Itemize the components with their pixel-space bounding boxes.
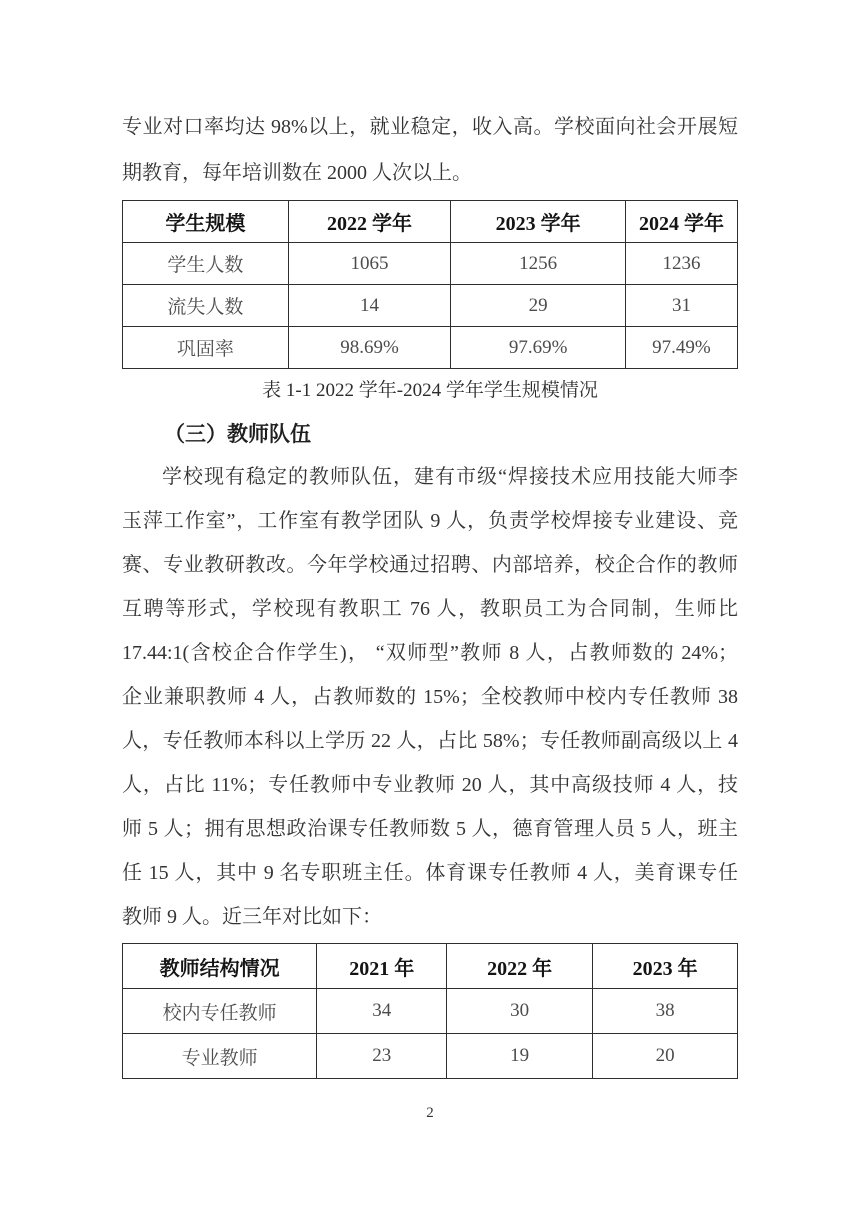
table-cell: 97.69%	[451, 327, 626, 369]
table-header-cell: 2022 学年	[288, 201, 451, 243]
table-cell: 20	[593, 1034, 738, 1079]
table-row: 流失人数142931	[123, 285, 738, 327]
text-line: 17.44:1(含校企合作学生)， “双师型”教师 8 人，占教师数的 24%；	[122, 631, 738, 675]
table-header-cell: 学生规模	[123, 201, 289, 243]
table-header-cell: 2023 年	[593, 944, 738, 989]
text-line: 人，占比 11%；专任教师中专业教师 20 人，其中高级技师 4 人，技	[122, 763, 738, 807]
text-line: 企业兼职教师 4 人，占教师数的 15%；全校教师中校内专任教师 38	[122, 675, 738, 719]
table-cell: 巩固率	[123, 327, 289, 369]
table-cell: 流失人数	[123, 285, 289, 327]
table-header-cell: 2024 学年	[625, 201, 737, 243]
table-cell: 专业教师	[123, 1034, 317, 1079]
table-cell: 校内专任教师	[123, 989, 317, 1034]
table-header-row: 教师结构情况2021 年2022 年2023 年	[123, 944, 738, 989]
paragraph-teacher-team: 学校现有稳定的教师队伍，建有市级“焊接技术应用技能大师李玉萍工作室”，工作室有教…	[122, 455, 738, 939]
table-cell: 29	[451, 285, 626, 327]
text-line: 玉萍工作室”，工作室有教学团队 9 人，负责学校焊接专业建设、竞	[122, 499, 738, 543]
table-cell: 14	[288, 285, 451, 327]
table-row: 校内专任教师343038	[123, 989, 738, 1034]
text-line: 师 5 人；拥有思想政治课专任教师数 5 人，德育管理人员 5 人，班主	[122, 807, 738, 851]
table-cell: 34	[317, 989, 447, 1034]
text-line: 互聘等形式，学校现有教职工 76 人，教职员工为合同制，生师比	[122, 587, 738, 631]
text-line: 教师 9 人。近三年对比如下：	[122, 895, 738, 939]
table-cell: 31	[625, 285, 737, 327]
table-row: 专业教师231920	[123, 1034, 738, 1079]
paragraph-employment-training: 专业对口率均达 98%以上，就业稳定，收入高。学校面向社会开展短期教育，每年培训…	[122, 104, 738, 196]
table-header-row: 学生规模2022 学年2023 学年2024 学年	[123, 201, 738, 243]
page-number: 2	[122, 1103, 738, 1123]
table-cell: 30	[447, 989, 593, 1034]
text-line: 赛、专业教研教改。今年学校通过招聘、内部培养，校企合作的教师	[122, 543, 738, 587]
table-row: 巩固率98.69%97.69%97.49%	[123, 327, 738, 369]
table-header-cell: 2021 年	[317, 944, 447, 989]
text-line: 专业对口率均达 98%以上，就业稳定，收入高。学校面向社会开展短	[122, 104, 738, 150]
section-heading-teacher-team: （三）教师队伍	[122, 419, 738, 449]
table-header-cell: 2023 学年	[451, 201, 626, 243]
table-cell: 97.49%	[625, 327, 737, 369]
table-cell: 1065	[288, 243, 451, 285]
document-page: 专业对口率均达 98%以上，就业稳定，收入高。学校面向社会开展短期教育，每年培训…	[0, 0, 860, 1216]
table-caption: 表 1-1 2022 学年-2024 学年学生规模情况	[122, 379, 738, 403]
table-cell: 23	[317, 1034, 447, 1079]
teacher-structure-table: 教师结构情况2021 年2022 年2023 年校内专任教师343038专业教师…	[122, 943, 738, 1079]
text-line: 人，专任教师本科以上学历 22 人，占比 58%；专任教师副高级以上 4	[122, 719, 738, 763]
table-cell: 学生人数	[123, 243, 289, 285]
table-cell: 38	[593, 989, 738, 1034]
text-line: 期教育，每年培训数在 2000 人次以上。	[122, 150, 738, 196]
table-row: 学生人数106512561236	[123, 243, 738, 285]
table-header-cell: 2022 年	[447, 944, 593, 989]
table-cell: 98.69%	[288, 327, 451, 369]
table-cell: 19	[447, 1034, 593, 1079]
student-scale-table: 学生规模2022 学年2023 学年2024 学年学生人数10651256123…	[122, 200, 738, 369]
table-cell: 1256	[451, 243, 626, 285]
table-cell: 1236	[625, 243, 737, 285]
table-header-cell: 教师结构情况	[123, 944, 317, 989]
text-line: 任 15 人，其中 9 名专职班主任。体育课专任教师 4 人，美育课专任	[122, 851, 738, 895]
text-line: 学校现有稳定的教师队伍，建有市级“焊接技术应用技能大师李	[122, 455, 738, 499]
